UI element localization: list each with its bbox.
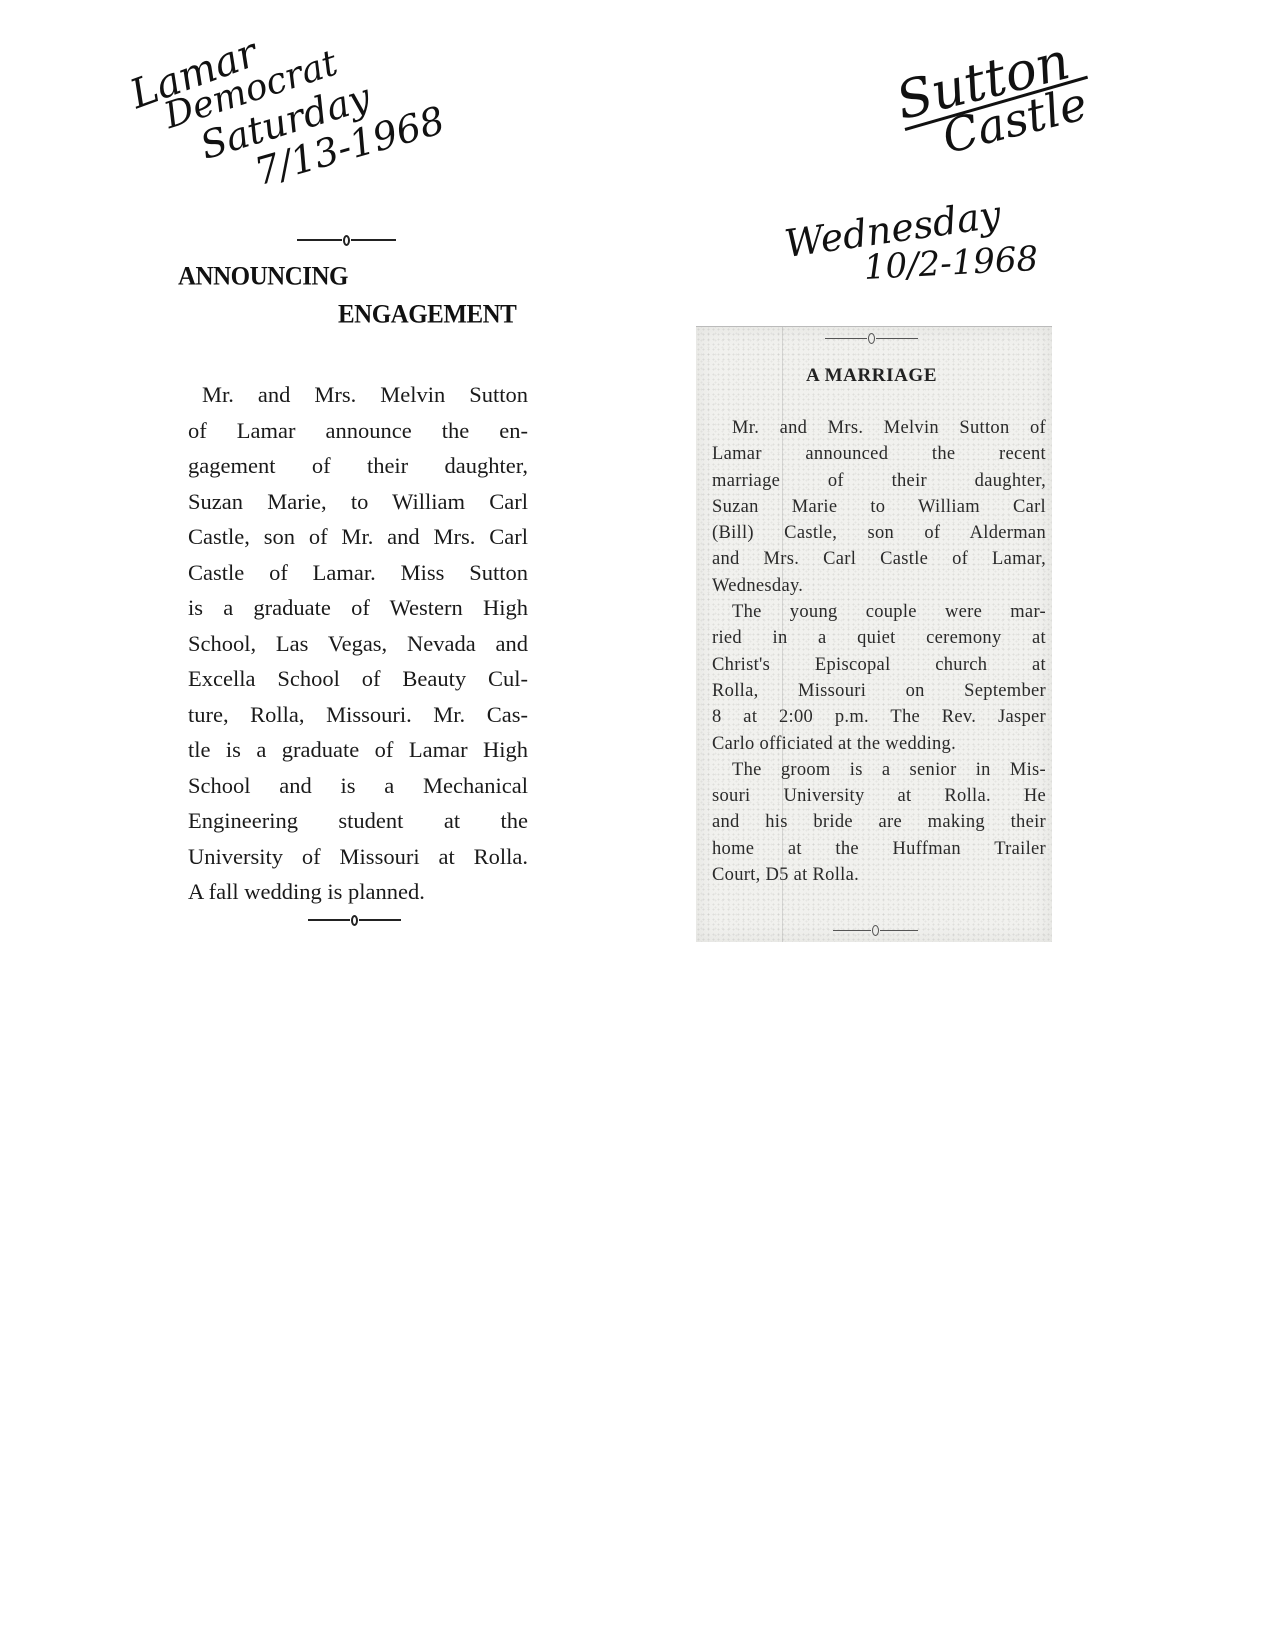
divider-ornament: [816, 331, 926, 345]
body-line: Lamar announced the recent: [712, 441, 1046, 467]
divider-ornament: [304, 913, 404, 927]
body-line: Carlo officiated at the wedding.: [712, 731, 1046, 757]
article-body: Mr. and Mrs. Melvin Sutton of Lamar anno…: [188, 377, 528, 910]
ring-icon: [351, 915, 358, 926]
engagement-clipping: ANNOUNCING ENGAGEMENT Mr. and Mrs. Melvi…: [178, 225, 528, 940]
body-line: Court, D5 at Rolla.: [712, 862, 1046, 888]
article-body: Mr. and Mrs. Melvin Sutton of Lamar anno…: [712, 415, 1046, 888]
body-line: Wednesday.: [712, 573, 1046, 599]
body-line: School and is a Mechanical: [188, 768, 528, 804]
body-line: The groom is a senior in Mis-: [712, 757, 1046, 783]
note-line-date: 10/2-1968: [863, 239, 1039, 288]
body-line: Christ's Episcopal church at: [712, 652, 1046, 678]
body-line: Mr. and Mrs. Melvin Sutton: [188, 377, 528, 413]
body-line: Castle, son of Mr. and Mrs. Carl: [188, 519, 528, 555]
marriage-clipping: A MARRIAGE Mr. and Mrs. Melvin Sutton of…: [696, 326, 1052, 942]
ring-icon: [868, 333, 875, 344]
headline-line-2: ENGAGEMENT: [338, 300, 516, 329]
body-line: gagement of their daughter,: [188, 448, 528, 484]
body-line: The young couple were mar-: [712, 599, 1046, 625]
divider-ornament: [296, 233, 396, 247]
ring-icon: [343, 235, 350, 246]
body-line: is a graduate of Western High: [188, 590, 528, 626]
body-line: Excella School of Beauty Cul-: [188, 661, 528, 697]
body-line: ture, Rolla, Missouri. Mr. Cas-: [188, 697, 528, 733]
body-line: School, Las Vegas, Nevada and: [188, 626, 528, 662]
body-line: Rolla, Missouri on September: [712, 678, 1046, 704]
body-line: and Mrs. Carl Castle of Lamar,: [712, 546, 1046, 572]
body-line: 8 at 2:00 p.m. The Rev. Jasper: [712, 704, 1046, 730]
body-line: Castle of Lamar. Miss Sutton: [188, 555, 528, 591]
body-line: (Bill) Castle, son of Alderman: [712, 520, 1046, 546]
body-line: Engineering student at the: [188, 803, 528, 839]
body-line: marriage of their daughter,: [712, 468, 1046, 494]
body-line: Suzan Marie, to William Carl: [188, 484, 528, 520]
body-line: and his bride are making their: [712, 809, 1046, 835]
body-line: ried in a quiet ceremony at: [712, 625, 1046, 651]
body-line: home at the Huffman Trailer: [712, 836, 1046, 862]
body-line: souri University at Rolla. He: [712, 783, 1046, 809]
body-line: tle is a graduate of Lamar High: [188, 732, 528, 768]
headline: A MARRIAGE: [806, 365, 937, 387]
divider-ornament: [820, 923, 930, 937]
body-line: Suzan Marie to William Carl: [712, 494, 1046, 520]
ring-icon: [872, 925, 879, 936]
body-line: Mr. and Mrs. Melvin Sutton of: [712, 415, 1046, 441]
headline-line-1: ANNOUNCING: [178, 262, 348, 291]
body-line: of Lamar announce the en-: [188, 413, 528, 449]
body-line: A fall wedding is planned.: [188, 874, 528, 910]
body-line: University of Missouri at Rolla.: [188, 839, 528, 875]
